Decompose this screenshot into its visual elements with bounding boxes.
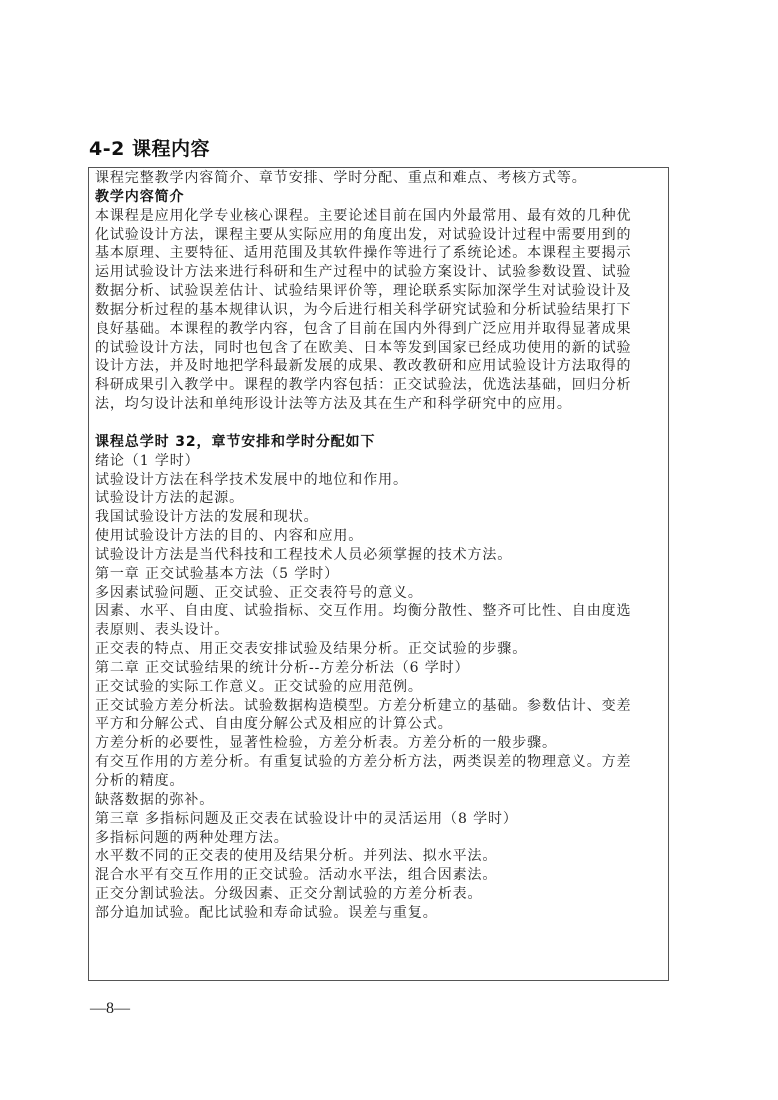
schedule-line: 使用试验设计方法的目的、内容和应用。 [95, 527, 661, 546]
schedule-line: 我国试验设计方法的发展和现状。 [95, 508, 661, 527]
schedule-line: 部分追加试验。配比试验和寿命试验。误差与重复。 [95, 904, 661, 923]
schedule-line: 水平数不同的正交表的使用及结果分析。并列法、拟水平法。 [95, 847, 661, 866]
summary-line: 的试验设计方法，同时也包含了在欧美、日本等发到国家已经成功使用的新的试验 [95, 339, 661, 358]
summary-line: 数据分析、试验误差估计、试验结果评价等，理论联系实际加深学生对试验设计及 [95, 282, 661, 301]
schedule-line: 因素、水平、自由度、试验指标、交互作用。均衡分散性、整齐可比性、自由度选 [95, 602, 661, 621]
schedule-line: 缺落数据的弥补。 [95, 791, 661, 810]
schedule-line: 试验设计方法的起源。 [95, 489, 661, 508]
schedule-line: 正交表的特点、用正交表安排试验及结果分析。正交试验的步骤。 [95, 640, 661, 659]
section-heading: 4-2 课程内容 [89, 134, 210, 161]
schedule-line: 分析的精度。 [95, 772, 661, 791]
schedule-line: 混合水平有交互作用的正交试验。活动水平法，组合因素法。 [95, 866, 661, 885]
summary-line: 科研成果引入教学中。课程的教学内容包括：正交试验法，优选法基础，回归分析 [95, 376, 661, 395]
schedule-line: 试验设计方法是当代科技和工程技术人员必须掌握的技术方法。 [95, 546, 661, 565]
schedule-line: 有交互作用的方差分析。有重复试验的方差分析方法，两类误差的物理意义。方差 [95, 753, 661, 772]
schedule-line: 绪论（1 学时） [95, 452, 661, 471]
schedule-line: 正交试验方差分析法。试验数据构造模型。方差分析建立的基础。参数估计、变差 [95, 697, 661, 716]
summary-line: 运用试验设计方法来进行科研和生产过程中的试验方案设计、试验参数设置、试验 [95, 263, 661, 282]
course-content-box: 课程完整教学内容简介、章节安排、学时分配、重点和难点、考核方式等。 教学内容简介… [88, 167, 669, 981]
schedule-line: 多指标问题的两种处理方法。 [95, 829, 661, 848]
schedule-line: 试验设计方法在科学技术发展中的地位和作用。 [95, 471, 661, 490]
schedule-line: 正交试验的实际工作意义。正交试验的应用范例。 [95, 678, 661, 697]
chapter-heading: 第二章 正交试验结果的统计分析--方差分析法（6 学时） [95, 659, 661, 678]
schedule-line: 平方和分解公式、自由度分解公式及相应的计算公式。 [95, 715, 661, 734]
summary-line: 化试验设计方法，课程主要从实际应用的角度出发，对试验设计过程中需要用到的 [95, 226, 661, 245]
page-number: —8— [90, 1000, 130, 1018]
summary-line: 良好基础。本课程的教学内容，包含了目前在国内外得到广泛应用并取得显著成果 [95, 320, 661, 339]
summary-line: 本课程是应用化学专业核心课程。主要论述目前在国内外最常用、最有效的几种优 [95, 207, 661, 226]
summary-line: 设计方法，并及时地把学科最新发展的成果、教改教研和应用试验设计方法取得的 [95, 357, 661, 376]
summary-paragraph: 本课程是应用化学专业核心课程。主要论述目前在国内外最常用、最有效的几种优 化试验… [95, 207, 661, 414]
summary-title: 教学内容简介 [95, 188, 661, 207]
chapter-heading: 第一章 正交试验基本方法（5 学时） [95, 565, 661, 584]
schedule-list: 绪论（1 学时） 试验设计方法在科学技术发展中的地位和作用。 试验设计方法的起源… [95, 452, 661, 923]
schedule-line: 方差分析的必要性，显著性检验，方差分析表。方差分析的一般步骤。 [95, 734, 661, 753]
schedule-line: 表原则、表头设计。 [95, 621, 661, 640]
summary-line: 数据分析过程的基本规律认识，为今后进行相关科学研究试验和分析试验结果打下 [95, 301, 661, 320]
chapter-heading: 第三章 多指标问题及正交表在试验设计中的灵活运用（8 学时） [95, 810, 661, 829]
summary-line: 法，均匀设计法和单纯形设计法等方法及其在生产和科学研究中的应用。 [95, 395, 661, 414]
schedule-line: 正交分割试验法。分级因素、正交分割试验的方差分析表。 [95, 885, 661, 904]
schedule-line: 多因素试验问题、正交试验、正交表符号的意义。 [95, 584, 661, 603]
schedule-title: 课程总学时 32，章节安排和学时分配如下 [95, 433, 661, 452]
summary-line: 基本原理、主要特征、适用范围及其软件操作等进行了系统论述。本课程主要揭示 [95, 244, 661, 263]
intro-line: 课程完整教学内容简介、章节安排、学时分配、重点和难点、考核方式等。 [95, 169, 661, 188]
blank-line [95, 414, 661, 433]
